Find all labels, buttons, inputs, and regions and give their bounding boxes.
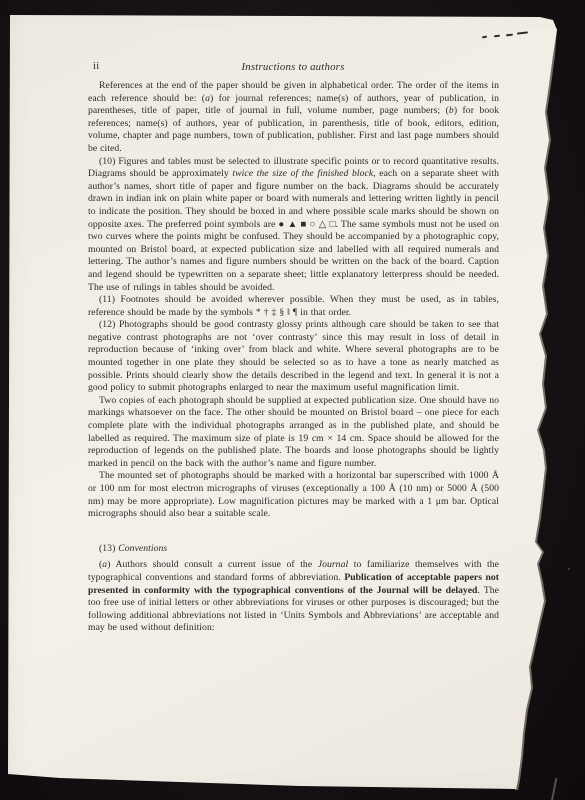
scanned-page-background: ii Instructions to authors References at… (0, 0, 585, 800)
para-references: References at the end of the paper shoul… (88, 80, 499, 156)
dust-speck (568, 568, 570, 570)
torn-paper-page: ii Instructions to authors References at… (0, 0, 585, 800)
pencil-mark (482, 36, 487, 38)
para-a-typography: (a) Authors should consult a current iss… (88, 559, 499, 635)
pencil-mark (506, 33, 513, 36)
body-text: References at the end of the paper shoul… (88, 80, 499, 635)
page-header: ii Instructions to authors (88, 61, 498, 77)
para-mounted-set: The mounted set of photographs should be… (88, 470, 499, 520)
para-11-footnotes: (11) Footnotes should be avoided whereve… (88, 294, 499, 319)
para-12-photographs: (12) Photographs should be good contrast… (88, 319, 499, 395)
running-head: Instructions to authors (88, 61, 498, 73)
pencil-mark (494, 35, 500, 37)
scratch-mark (551, 778, 557, 800)
pencil-mark (517, 31, 528, 34)
para-two-copies: Two copies of each photograph should be … (88, 395, 499, 471)
para-10-figures: (10) Figures and tables must be selected… (88, 156, 499, 295)
heading-13-conventions: (13) Conventions (88, 543, 499, 556)
